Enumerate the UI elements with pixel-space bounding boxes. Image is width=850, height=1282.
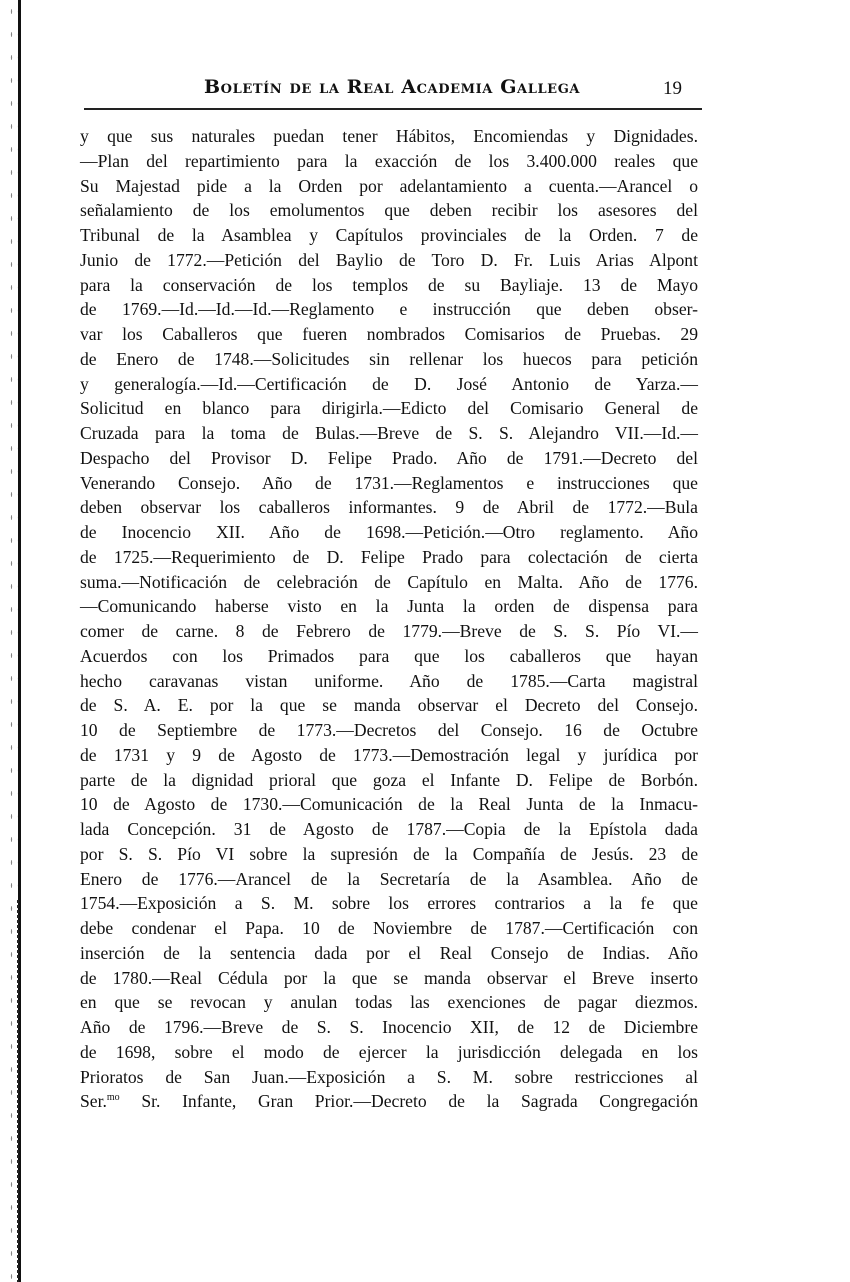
text-line: Venerando Consejo. Año de 1731.—Reglamen… — [80, 471, 698, 496]
text-line: lada Concepción. 31 de Agosto de 1787.—C… — [80, 817, 698, 842]
text-line: señalamiento de los emolumentos que debe… — [80, 198, 698, 223]
text-line: hecho caravanas vistan uniforme. Año de … — [80, 669, 698, 694]
text-line: inserción de la sentencia dada por el Re… — [80, 941, 698, 966]
text-line: Junio de 1772.—Petición del Baylio de To… — [80, 248, 698, 273]
text-line: Despacho del Provisor D. Felipe Prado. A… — [80, 446, 698, 471]
text-line: —Plan del repartimiento para la exacción… — [80, 149, 698, 174]
text-line: Prioratos de San Juan.—Exposición a S. M… — [80, 1065, 698, 1090]
text-line: Año de 1796.—Breve de S. S. Inocencio XI… — [80, 1015, 698, 1040]
text-line: var los Caballeros que fueren nombrados … — [80, 322, 698, 347]
text-line: Cruzada para la toma de Bulas.—Breve de … — [80, 421, 698, 446]
page-binding-edge-lower — [17, 900, 19, 1282]
header-rule — [84, 108, 702, 110]
text-line: y que sus naturales puedan tener Hábitos… — [80, 124, 698, 149]
text-line: Su Majestad pide a la Orden por adelanta… — [80, 174, 698, 199]
text-line: debe condenar el Papa. 10 de Noviembre d… — [80, 916, 698, 941]
body-text: y que sus naturales puedan tener Hábitos… — [80, 124, 698, 1114]
text-line: 1754.—Exposición a S. M. sobre los error… — [80, 891, 698, 916]
text-line: Acuerdos con los Primados para que los c… — [80, 644, 698, 669]
text-line: de 1731 y 9 de Agosto de 1773.—Demostrac… — [80, 743, 698, 768]
text-line: 10 de Agosto de 1730.—Comunicación de la… — [80, 792, 698, 817]
text-line: Enero de 1776.—Arancel de la Secretaría … — [80, 867, 698, 892]
text-line: 10 de Septiembre de 1773.—Decretos del C… — [80, 718, 698, 743]
abbrev-superscript: mo — [107, 1092, 120, 1103]
text-line: Solicitud en blanco para dirigirla.—Edic… — [80, 396, 698, 421]
text-line: —Comunicando haberse visto en la Junta l… — [80, 594, 698, 619]
text-line: para la conservación de los templos de s… — [80, 273, 698, 298]
text-line: de 1698, sobre el modo de ejercer la jur… — [80, 1040, 698, 1065]
text-line: de 1769.—Id.—Id.—Id.—Reglamento e instru… — [80, 297, 698, 322]
text-line: en que se revocan y anulan todas las exe… — [80, 990, 698, 1015]
last-line-rest: Sr. Infante, Gran Prior.—Decreto de la S… — [120, 1091, 698, 1111]
text-line: comer de carne. 8 de Febrero de 1779.—Br… — [80, 619, 698, 644]
abbrev-prefix: Ser. — [80, 1091, 107, 1111]
text-line: de 1780.—Real Cédula por la que se manda… — [80, 966, 698, 991]
text-line: de S. A. E. por la que se manda observar… — [80, 693, 698, 718]
page-number: 19 — [663, 78, 682, 100]
running-title: Boletín de la Real Academia Gallega — [204, 76, 580, 98]
text-line: de Enero de 1748.—Solicitudes sin rellen… — [80, 347, 698, 372]
page-header: Boletín de la Real Academia Gallega 19 — [80, 76, 700, 108]
text-line-last: Ser.mo Sr. Infante, Gran Prior.—Decreto … — [80, 1089, 698, 1114]
text-line: por S. S. Pío VI sobre la supresión de l… — [80, 842, 698, 867]
text-line: parte de la dignidad prioral que goza el… — [80, 768, 698, 793]
text-line: y generalogía.—Id.—Certificación de D. J… — [80, 372, 698, 397]
text-line: de 1725.—Requerimiento de D. Felipe Prad… — [80, 545, 698, 570]
text-line: deben observar los caballeros informante… — [80, 495, 698, 520]
text-line: suma.—Notificación de celebración de Cap… — [80, 570, 698, 595]
text-line: Tribunal de la Asamblea y Capítulos prov… — [80, 223, 698, 248]
text-line: de Inocencio XII. Año de 1698.—Petición.… — [80, 520, 698, 545]
